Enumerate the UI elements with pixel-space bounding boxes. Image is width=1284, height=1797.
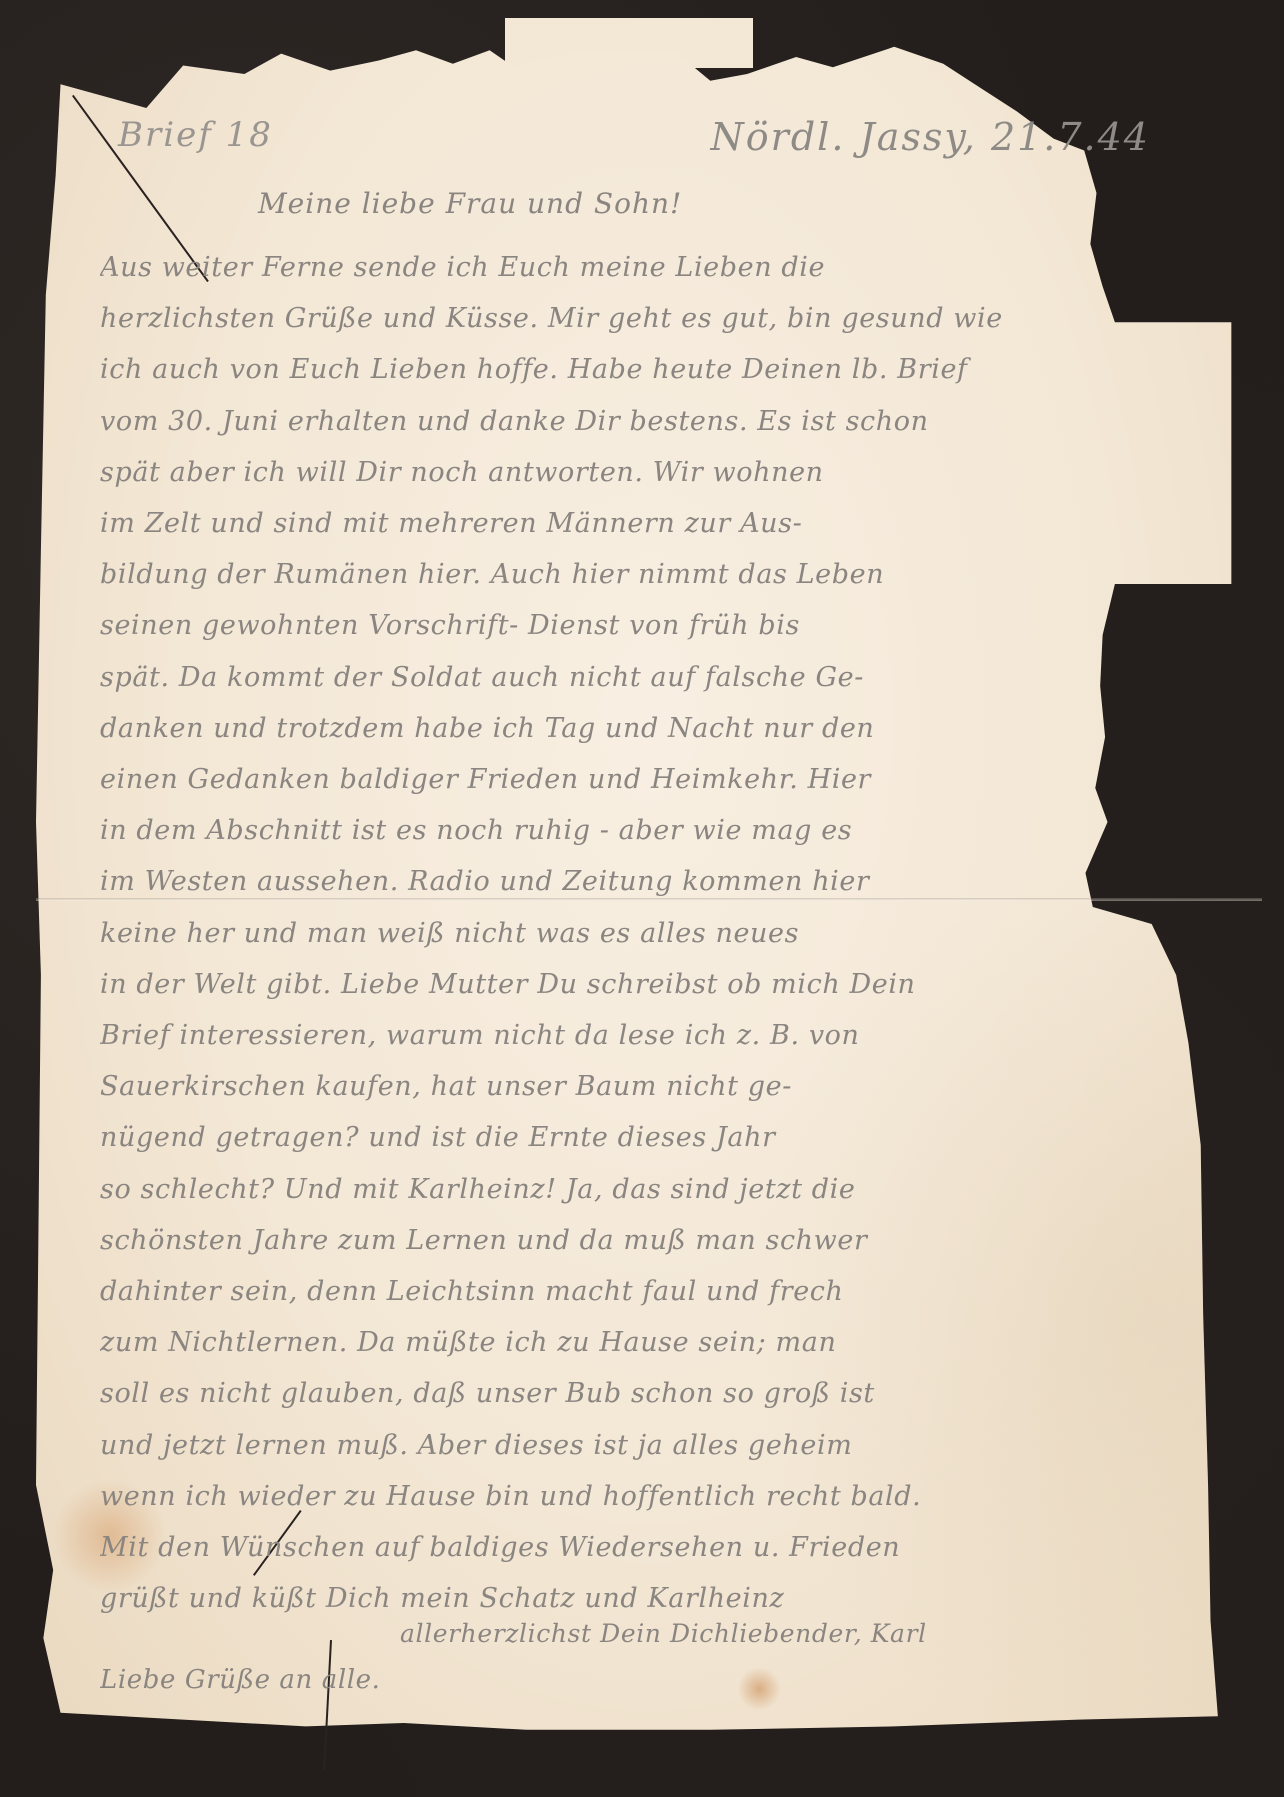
letter-body: Brief 18 Nördl. Jassy, 21.7.44 Meine lie… (100, 115, 1150, 1700)
letter-header: Brief 18 Nördl. Jassy, 21.7.44 (100, 115, 1150, 187)
text-line: so schlecht? Und mit Karlheinz! Ja, das … (100, 1164, 1160, 1215)
text-line: und jetzt lernen muß. Aber dieses ist ja… (100, 1420, 1160, 1471)
closing-line: allerherzlichst Dein Dichliebender, Karl (400, 1608, 1284, 1659)
text-line: Sauerkirschen kaufen, hat unser Baum nic… (100, 1061, 1160, 1112)
text-line: soll es nicht glauben, daß unser Bub sch… (100, 1368, 1160, 1419)
text-line: im Zelt und sind mit mehreren Männern zu… (100, 498, 1160, 549)
text-line: dahinter sein, denn Leichtsinn macht fau… (100, 1266, 1160, 1317)
text-line: zum Nichtlernen. Da müßte ich zu Hause s… (100, 1317, 1160, 1368)
salutation: Meine liebe Frau und Sohn! (258, 187, 1150, 220)
letter-number: Brief 18 (118, 115, 273, 155)
text-line: Aus weiter Ferne sende ich Euch meine Li… (100, 242, 1160, 293)
text-line: in dem Abschnitt ist es noch ruhig - abe… (100, 805, 1160, 856)
closing-greeting: Liebe Grüße an alle. (100, 1660, 1160, 1700)
text-line: bildung der Rumänen hier. Auch hier nimm… (100, 549, 1160, 600)
text-line: spät aber ich will Dir noch antworten. W… (100, 447, 1160, 498)
text-line: in der Welt gibt. Liebe Mutter Du schrei… (100, 959, 1160, 1010)
place-and-date: Nördl. Jassy, 21.7.44 (711, 115, 1150, 159)
text-line: seinen gewohnten Vorschrift- Dienst von … (100, 600, 1160, 651)
text-line: Brief interessieren, warum nicht da lese… (100, 1010, 1160, 1061)
text-line: einen Gedanken baldiger Frieden und Heim… (100, 754, 1160, 805)
text-line: keine her und man weiß nicht was es alle… (100, 908, 1160, 959)
text-line: Mit den Wünschen auf baldiges Wiedersehe… (100, 1522, 1160, 1573)
text-line: danken und trotzdem habe ich Tag und Nac… (100, 703, 1160, 754)
text-line: schönsten Jahre zum Lernen und da muß ma… (100, 1215, 1160, 1266)
text-line: ich auch von Euch Lieben hoffe. Habe heu… (100, 344, 1160, 395)
text-line: spät. Da kommt der Soldat auch nicht auf… (100, 652, 1160, 703)
text-line: vom 30. Juni erhalten und danke Dir best… (100, 396, 1160, 447)
text-line: herzlichsten Grüße und Küsse. Mir geht e… (100, 293, 1160, 344)
text-line: im Westen aussehen. Radio und Zeitung ko… (100, 856, 1160, 907)
text-line: wenn ich wieder zu Hause bin und hoffent… (100, 1471, 1160, 1522)
text-line: nügend getragen? und ist die Ernte diese… (100, 1112, 1160, 1163)
